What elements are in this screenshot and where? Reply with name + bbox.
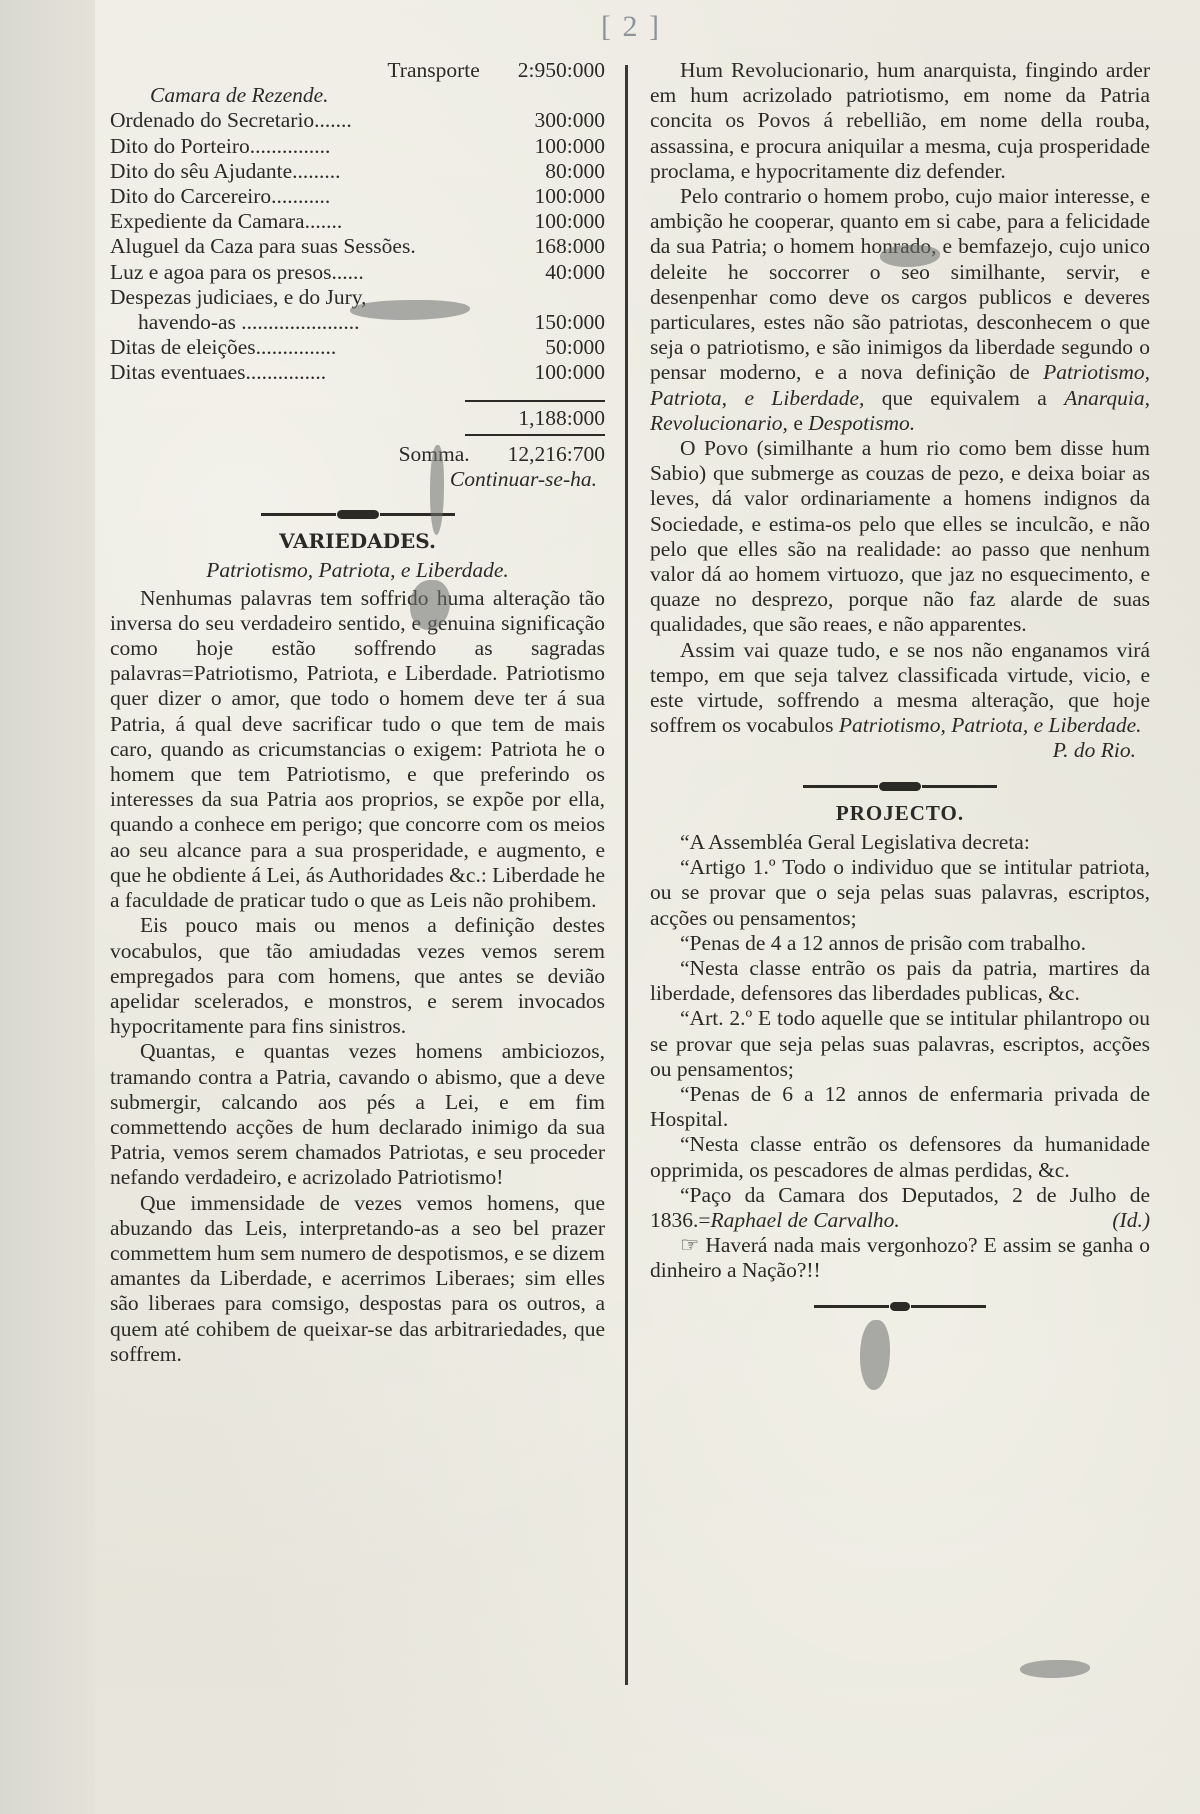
pointing-hand-icon: ☞: [680, 1233, 699, 1257]
article-variedades: VARIEDADES. Patriotismo, Patriota, e Lib…: [110, 529, 605, 1367]
ledger-row: Dito do Porteiro............... 100:000: [110, 134, 605, 159]
ledger-item: Dito do sêu Ajudante.........: [110, 159, 453, 184]
article-paragraph: Assim vai quaze tudo, e se nos não engan…: [650, 638, 1150, 739]
left-column: Transporte 2:950:000 Camara de Rezende. …: [110, 58, 605, 1367]
transport-label: Transporte: [387, 58, 479, 83]
ledger-transport-row: Transporte 2:950:000: [110, 58, 605, 83]
ornament-divider: [110, 510, 605, 519]
article-paragraph: Eis pouco mais ou menos a definição dest…: [110, 913, 605, 1039]
ledger-row: Ordenado do Secretario....... 300:000: [110, 108, 605, 133]
article-paragraph: Quantas, e quantas vezes homens ambicioz…: [110, 1039, 605, 1190]
ledger-item: Ordenado do Secretario.......: [110, 108, 453, 133]
ledger-item: Despezas judiciaes, e do Jury,: [110, 285, 453, 310]
ledger-amount: 40:000: [453, 260, 605, 285]
ledger-item: Ditas de eleições...............: [110, 335, 453, 360]
ledger-amount: 100:000: [453, 134, 605, 159]
ledger-sum-row: Somma. 12,216:700: [110, 442, 605, 467]
section-title: VARIEDADES.: [110, 529, 605, 554]
article-subtitle: Patriotismo, Patriota, e Liberdade.: [110, 558, 605, 583]
projecto-paragraph: “Art. 2.º E todo aquelle que se intitula…: [650, 1006, 1150, 1082]
ornament-divider: [650, 1302, 1150, 1311]
article-paragraph: Nenhumas palavras tem soffrido huma alte…: [110, 586, 605, 914]
budget-ledger: Transporte 2:950:000 Camara de Rezende. …: [110, 58, 605, 492]
ledger-subheading: Camara de Rezende.: [110, 83, 605, 108]
ledger-item: Ditas eventuaes...............: [110, 360, 453, 385]
ledger-row: havendo-as ...................... 150:00…: [110, 310, 605, 335]
projecto-paragraph: “Artigo 1.º Todo o individuo que se inti…: [650, 855, 1150, 931]
article-paragraph: Pelo contrario o homem probo, cujo maior…: [650, 184, 1150, 436]
projecto-signoff: “Paço da Camara dos Deputados, 2 de Julh…: [650, 1183, 1150, 1233]
article-paragraph: O Povo (similhante a hum rio como bem di…: [650, 436, 1150, 638]
signature-name: P. do Rio.: [1053, 738, 1150, 763]
sum-label: Somma.: [399, 442, 470, 467]
ledger-row: Luz e agoa para os presos...... 40:000: [110, 260, 605, 285]
page-margin: [0, 0, 95, 1814]
article-paragraph: Que immensidade de vezes vemos homens, q…: [110, 1191, 605, 1367]
projecto-paragraph: “A Assembléa Geral Legislativa decreta:: [650, 830, 1150, 855]
ledger-row: Dito do Carcereiro........... 100:000: [110, 184, 605, 209]
ledger-row: Despezas judiciaes, e do Jury,: [110, 285, 605, 310]
ledger-amount: 150:000: [453, 310, 605, 335]
ledger-row: Ditas eventuaes............... 100:000: [110, 360, 605, 385]
sum-amount: 12,216:700: [508, 442, 605, 467]
article-signature: P. do Rio.: [650, 738, 1150, 763]
section-title: PROJECTO.: [650, 801, 1150, 826]
editorial-comment: ☞ Haverá nada mais vergonhozo? E assim s…: [650, 1233, 1150, 1283]
ledger-row: Dito do sêu Ajudante......... 80:000: [110, 159, 605, 184]
continued-note: Continuar-se-ha.: [110, 467, 605, 492]
ledger-item: Dito do Carcereiro...........: [110, 184, 453, 209]
ledger-amount: 300:000: [453, 108, 605, 133]
ledger-item: Aluguel da Caza para suas Sessões.: [110, 234, 453, 259]
transport-amount: 2:950:000: [518, 58, 605, 83]
ledger-item: havendo-as ......................: [110, 310, 453, 335]
projecto-paragraph: “Nesta classe entrão os pais da patria, …: [650, 956, 1150, 1006]
ornament-divider: [650, 782, 1150, 791]
ledger-rule: [465, 434, 605, 436]
ledger-row: Aluguel da Caza para suas Sessões. 168:0…: [110, 234, 605, 259]
ledger-rule: [465, 400, 605, 402]
ledger-amount: 100:000: [453, 360, 605, 385]
ledger-item: Expediente da Camara.......: [110, 209, 453, 234]
right-column: Hum Revolucionario, hum anarquista, fing…: [650, 58, 1150, 1321]
ledger-amount: 100:000: [453, 209, 605, 234]
ledger-amount: 80:000: [453, 159, 605, 184]
ledger-amount: 50:000: [453, 335, 605, 360]
ledger-subtotal: 1,188:000: [110, 406, 605, 431]
projecto-paragraph: “Nesta classe entrão os defensores da hu…: [650, 1132, 1150, 1182]
ledger-row: Ditas de eleições............... 50:000: [110, 335, 605, 360]
page-number: [ 2 ]: [596, 10, 666, 44]
column-divider: [625, 65, 628, 1685]
ledger-item: Dito do Porteiro...............: [110, 134, 453, 159]
article-paragraph: Hum Revolucionario, hum anarquista, fing…: [650, 58, 1150, 184]
ledger-amount: 100:000: [453, 184, 605, 209]
ledger-row: Expediente da Camara....... 100:000: [110, 209, 605, 234]
projecto-paragraph: “Penas de 6 a 12 annos de enfermaria pri…: [650, 1082, 1150, 1132]
ledger-amount: 168:000: [453, 234, 605, 259]
ledger-item: Luz e agoa para os presos......: [110, 260, 453, 285]
projecto-paragraph: “Penas de 4 a 12 annos de prisão com tra…: [650, 931, 1150, 956]
article-continued: Hum Revolucionario, hum anarquista, fing…: [650, 58, 1150, 764]
projecto-section: PROJECTO. “A Assembléa Geral Legislativa…: [650, 801, 1150, 1284]
